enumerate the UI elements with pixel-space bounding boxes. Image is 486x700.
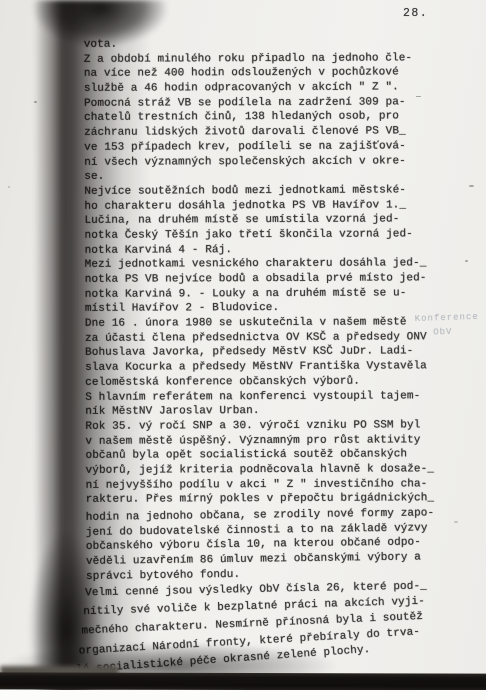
- text-line: občanů byla opět socialistická soutěž ob…: [85, 447, 437, 463]
- scan-speck: [8, 186, 10, 188]
- page-number: 28.: [403, 7, 428, 20]
- margin-note: Konference ObV: [415, 310, 480, 340]
- text-line: ho charakteru dosáhla jednotka PS VB Hav…: [84, 198, 436, 214]
- text-line: ní všech významných společenských akcích…: [84, 154, 436, 170]
- text-lines: vota.Z a období minulého roku připadlo n…: [84, 36, 439, 654]
- text-line: notka Český Těšín jako třetí škončila vz…: [84, 227, 436, 243]
- margin-note-line-1: Konference: [415, 312, 479, 324]
- text-line: ní nejvyššího podílu v akci " Z " invest…: [86, 477, 438, 493]
- text-line: notka Karviná 9. - Louky a na druhém mís…: [85, 286, 437, 302]
- text-line: za účasti člena předsednictva OV KSČ a p…: [85, 330, 437, 346]
- text-line: záchranu lidských životů darovali členov…: [84, 124, 436, 140]
- text-line: službě a 46 hodin odpracovaných v akcích…: [84, 80, 436, 96]
- text-line: Nejvíce soutěžních bodů mezi jednotkami …: [84, 183, 436, 199]
- text-line: notka PS VB nejvíce bodů a obsadila prvé…: [85, 271, 437, 287]
- scan-speck: [34, 101, 37, 103]
- text-line: na více než 400 hodin odsloužených v poc…: [84, 66, 436, 82]
- scan-speck: [454, 521, 458, 523]
- text-line: Rok 35. vý ročí SNP a 30. výročí vzniku …: [85, 418, 437, 434]
- page-bottom-edge-band: [0, 672, 486, 690]
- text-line: S hlavním referátem na konferenci vystou…: [85, 389, 437, 405]
- text-line: ník MěstNV Jaroslav Urban.: [85, 403, 437, 419]
- document-text-block: vota.Z a období minulého roku připadlo n…: [84, 36, 439, 654]
- text-line: Pomocná stráž VB se podílela na zadržení…: [84, 95, 436, 111]
- text-line: výborů, jejíž kriteria podněcovala hlavn…: [86, 462, 438, 478]
- text-line: ve 153 případech krev, podíleli se na za…: [84, 139, 436, 155]
- text-line: slava Kocurka a předsedy MěstNV Františk…: [85, 359, 437, 375]
- scan-speck: [469, 185, 474, 187]
- text-line: vota.: [84, 36, 436, 52]
- text-line: rakteru. Přes mírný pokles v přepočtu br…: [86, 492, 438, 508]
- text-line: Mezi jednotkami vesnického charakteru do…: [85, 257, 437, 273]
- scan-speck: [465, 260, 468, 262]
- text-line: se.: [84, 168, 436, 184]
- text-line: notka Karviná 4 - Ráj.: [85, 242, 437, 258]
- scanned-document-page: 28. vota.Z a období minulého roku připad…: [0, 0, 486, 700]
- text-line: Lučina, na druhém místě se umístila vzor…: [84, 212, 436, 228]
- text-line: Z a období minulého roku připadlo na jed…: [84, 51, 436, 67]
- text-line: Bohuslava Javorka, předsedy MěstV KSČ Ju…: [85, 345, 437, 361]
- text-line: chatelů trestních činů, 138 hledaných os…: [84, 110, 436, 126]
- margin-note-line-2: ObV: [433, 324, 479, 340]
- scan-speck: [416, 96, 421, 97]
- text-line: celoměstská konference občanských výborů…: [85, 374, 437, 390]
- text-line: v našem městě úspěšný. Významným pro růs…: [85, 433, 437, 449]
- scan-background-below-page: [0, 690, 486, 700]
- text-line: místil Havířov 2 - Bludovice.: [85, 301, 437, 317]
- text-line: Dne 16 . února 1980 se uskutečnila v naš…: [85, 315, 437, 331]
